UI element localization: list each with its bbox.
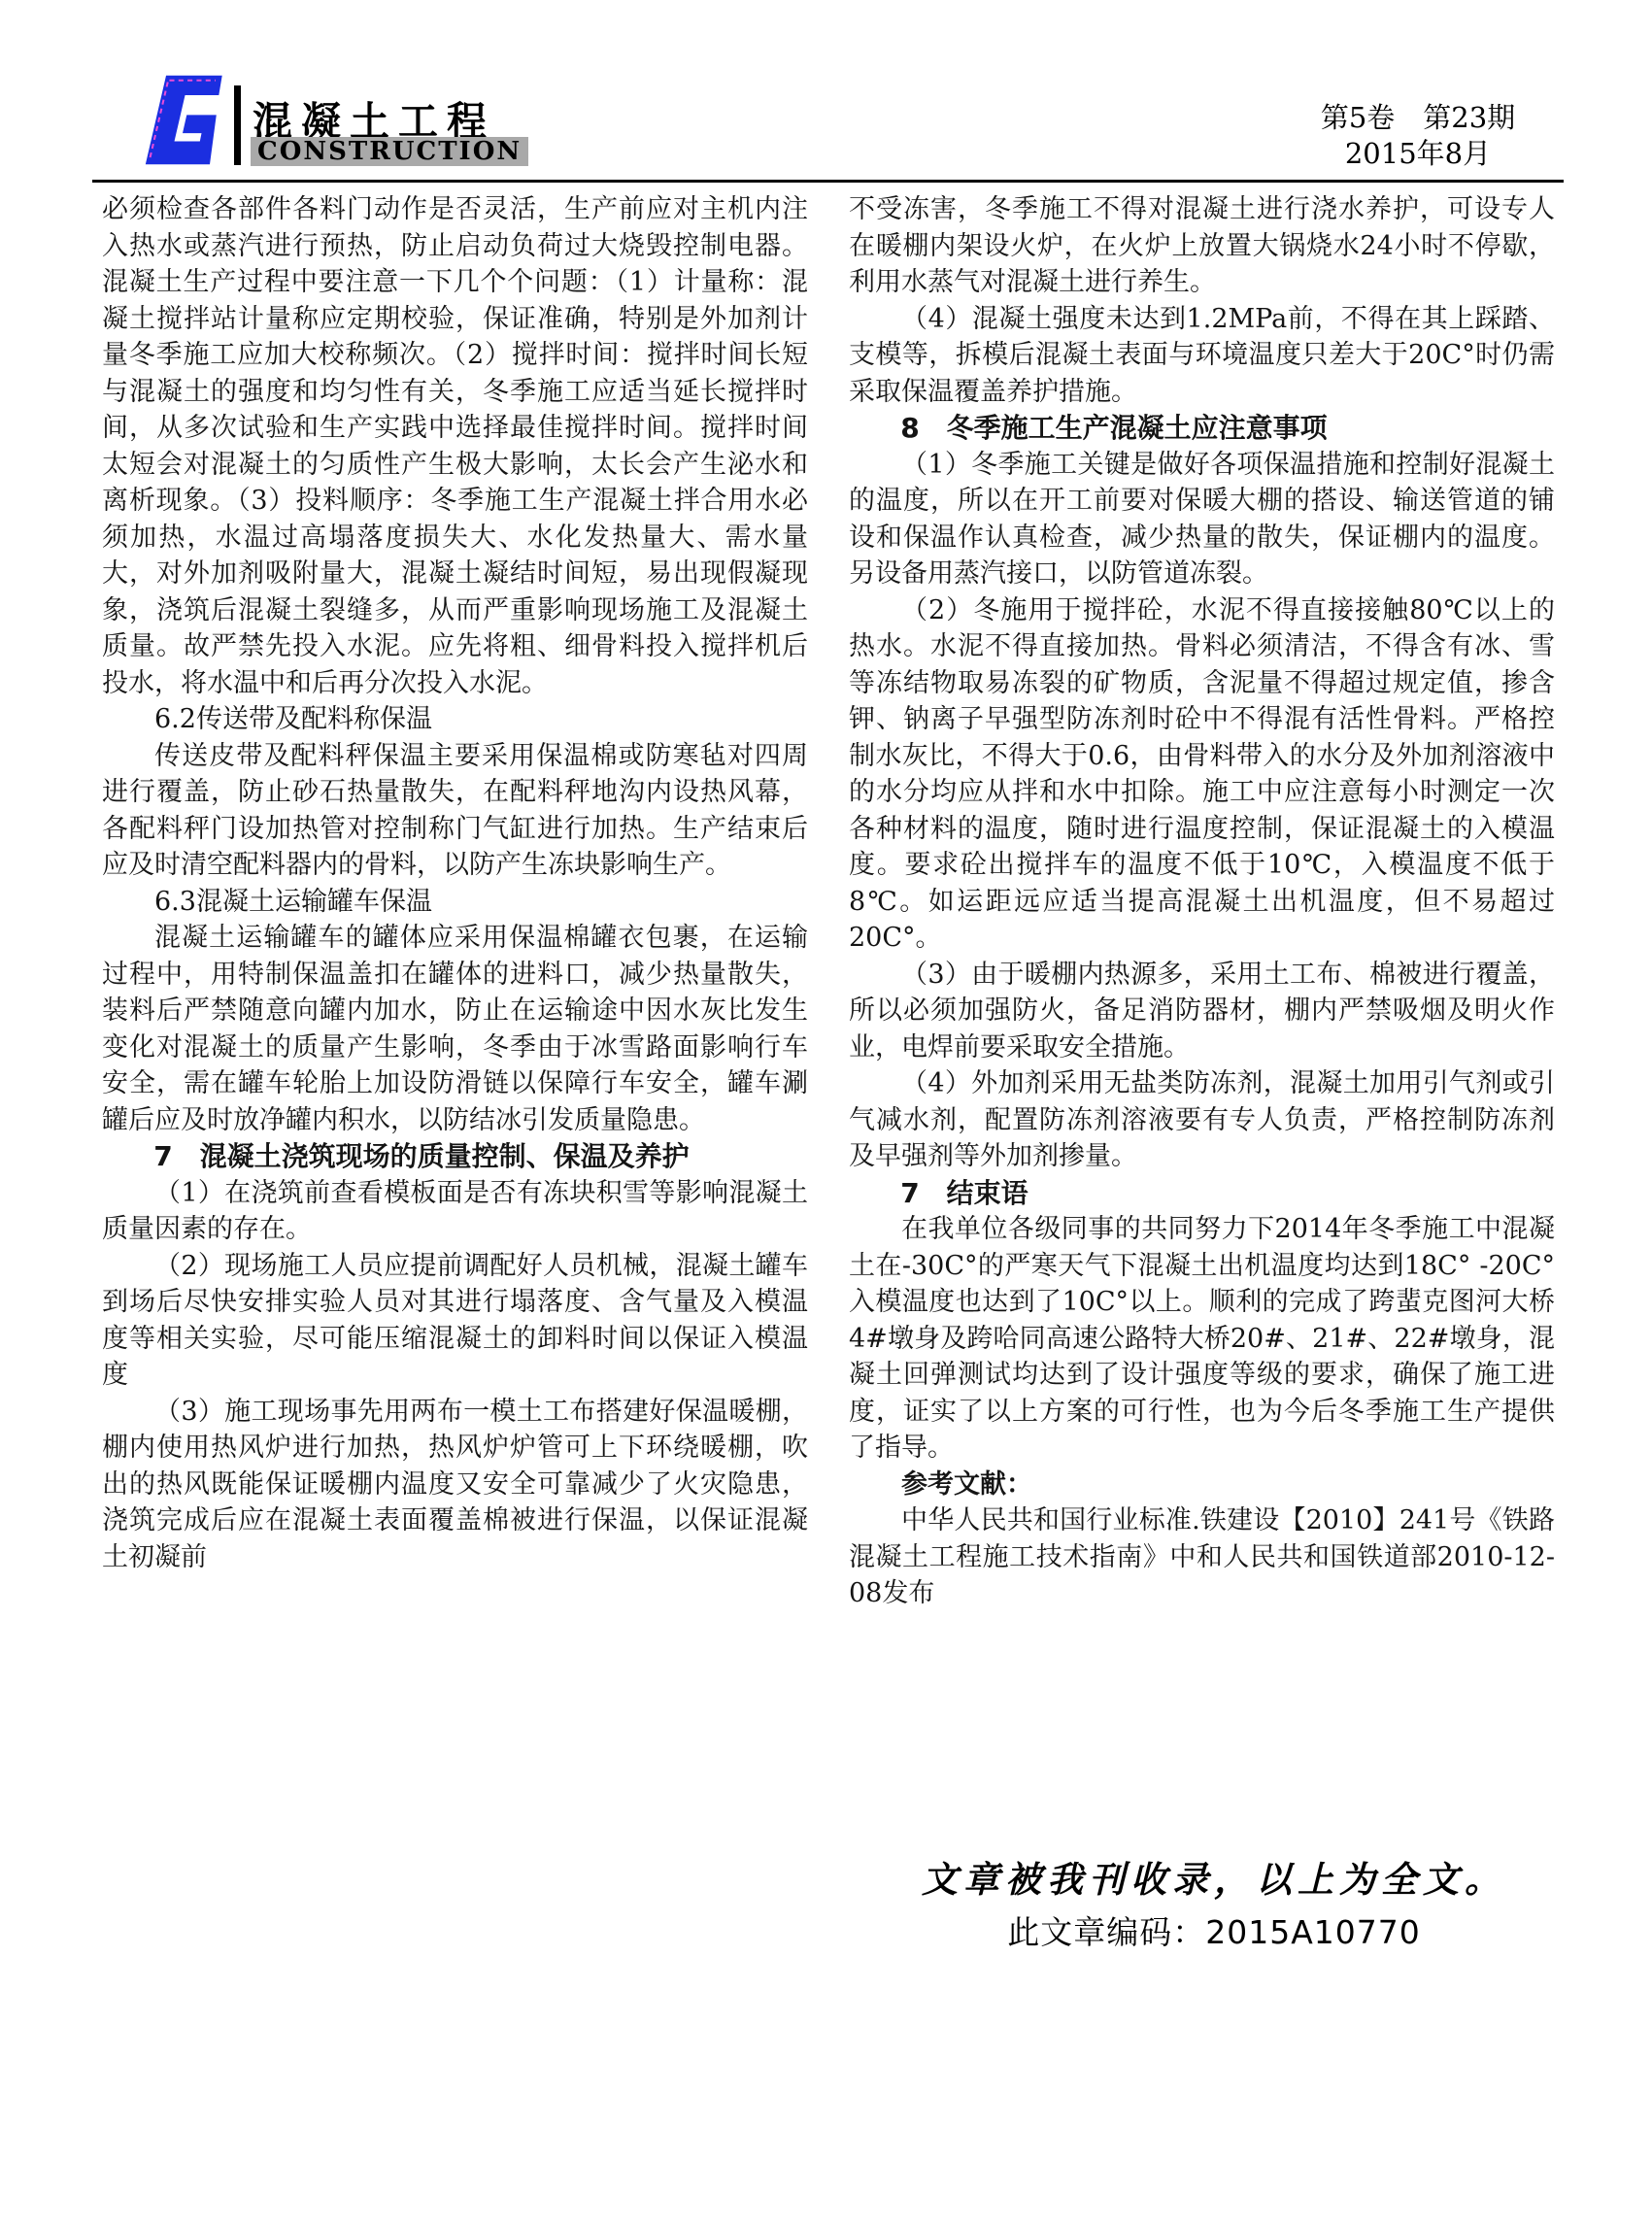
references-heading: 参考文献： bbox=[849, 1467, 1555, 1503]
section-heading: 7 结束语 bbox=[849, 1175, 1555, 1212]
journal-subtitle: CONSTRUCTION bbox=[251, 137, 528, 166]
paragraph: 不受冻害，冬季施工不得对混凝土进行浇水养护，可设专人在暖棚内架设火炉，在火炉上放… bbox=[849, 191, 1555, 301]
inclusion-note: 文章被我刊收录，以上为全文。 bbox=[903, 1850, 1525, 1903]
journal-logo-g-icon bbox=[136, 74, 229, 166]
paragraph: （3）由于暖棚内热源多，采用土工布、棉被进行覆盖，所以必须加强防火，备足消防器材… bbox=[849, 957, 1555, 1066]
issue-info: 第5卷 第23期 2015年8月 bbox=[1301, 100, 1534, 172]
paragraph: （3）施工现场事先用两布一模土工布搭建好保温暖棚，棚内使用热风炉进行加热，热风炉… bbox=[102, 1394, 808, 1576]
article-body: 必须检查各部件各料门动作是否灵活，生产前应对主机内注入热水或蒸汽进行预热，防止启… bbox=[102, 191, 1556, 1612]
left-column: 必须检查各部件各料门动作是否灵活，生产前应对主机内注入热水或蒸汽进行预热，防止启… bbox=[102, 191, 808, 1612]
paragraph: （4）外加剂采用无盐类防冻剂，混凝土加用引气剂或引气减水剂，配置防冻剂溶液要有专… bbox=[849, 1065, 1555, 1175]
paragraph: （1）在浇筑前查看模板面是否有冻块积雪等影响混凝土质量因素的存在。 bbox=[102, 1175, 808, 1248]
paragraph: （4）混凝土强度未达到1.2MPa前，不得在其上踩踏、支模等，拆模后混凝土表面与… bbox=[849, 301, 1555, 411]
right-column: 不受冻害，冬季施工不得对混凝土进行浇水养护，可设专人在暖棚内架设火炉，在火炉上放… bbox=[849, 191, 1555, 1612]
section-heading: 7 混凝土浇筑现场的质量控制、保温及养护 bbox=[102, 1138, 808, 1175]
paragraph: （2）冬施用于搅拌砼，水泥不得直接接触80℃以上的热水。水泥不得直接加热。骨料必… bbox=[849, 592, 1555, 957]
issue-date: 2015年8月 bbox=[1301, 136, 1534, 172]
section-heading: 8 冬季施工生产混凝土应注意事项 bbox=[849, 410, 1555, 447]
subsection-heading: 6.2传送带及配料称保温 bbox=[102, 701, 808, 738]
paragraph: （2）现场施工人员应提前调配好人员机械，混凝土罐车到场后尽快安排实验人员对其进行… bbox=[102, 1248, 808, 1394]
paragraph: 混凝土运输罐车的罐体应采用保温棉罐衣包裹，在运输过程中，用特制保温盖扣在罐体的进… bbox=[102, 920, 808, 1138]
header-divider bbox=[92, 180, 1564, 183]
paragraph: 传送皮带及配料秤保温主要采用保温棉或防寒毡对四周进行覆盖，防止砂石热量散失，在配… bbox=[102, 738, 808, 884]
footer-note: 文章被我刊收录，以上为全文。 此文章编码：2015A10770 bbox=[903, 1850, 1525, 1953]
paragraph: 必须检查各部件各料门动作是否灵活，生产前应对主机内注入热水或蒸汽进行预热，防止启… bbox=[102, 191, 808, 701]
journal-page: 混凝土工程 CONSTRUCTION 第5卷 第23期 2015年8月 必须检查… bbox=[0, 0, 1652, 2226]
subsection-heading: 6.3混凝土运输罐车保温 bbox=[102, 884, 808, 921]
volume-issue: 第5卷 第23期 bbox=[1301, 100, 1534, 136]
logo-divider-bar bbox=[234, 85, 241, 165]
paragraph: 在我单位各级同事的共同努力下2014年冬季施工中混凝土在-30C°的严寒天气下混… bbox=[849, 1211, 1555, 1467]
article-code: 此文章编码：2015A10770 bbox=[903, 1907, 1525, 1953]
paragraph: （1）冬季施工关键是做好各项保温措施和控制好混凝土的温度，所以在开工前要对保暖大… bbox=[849, 447, 1555, 592]
reference-item: 中华人民共和国行业标准.铁建设【2010】241号《铁路混凝土工程施工技术指南》… bbox=[849, 1502, 1555, 1612]
